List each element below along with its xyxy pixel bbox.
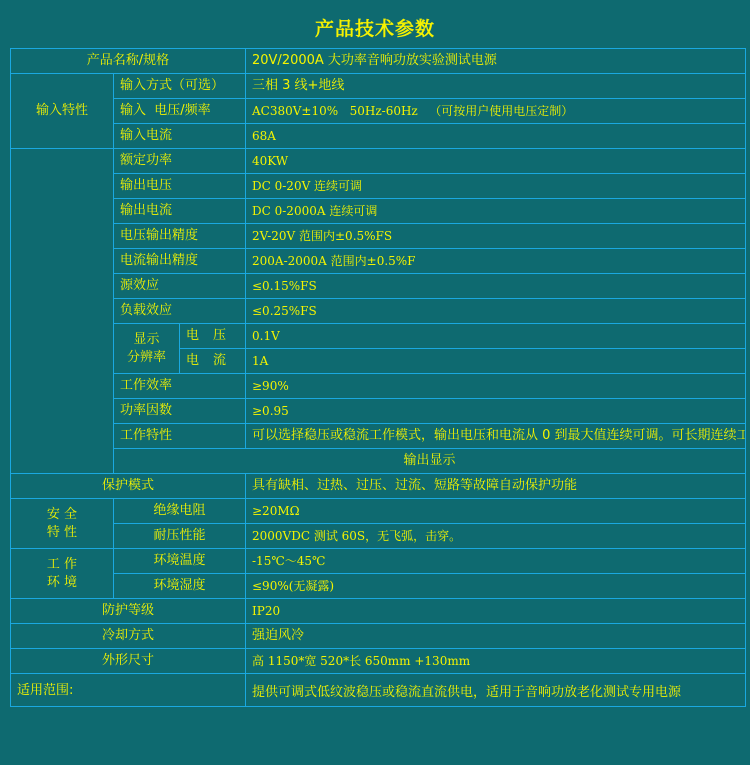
table-row: 保护模式 具有缺相、过热、过压、过流、短路等故障自动保护功能	[11, 474, 746, 499]
power-factor-value: ≥0.95	[246, 399, 746, 424]
rated-power-value: 40KW	[246, 149, 746, 174]
power-factor-label: 功率因数	[114, 399, 246, 424]
voltage-accuracy-value: 2V-20V 范围内±0.5%FS	[246, 224, 746, 249]
environment-group-line2: 环 境	[17, 574, 107, 592]
table-row: 产品名称/规格 20V/2000A 大功率音响功放实验测试电源	[11, 49, 746, 74]
output-voltage-label: 输出电压	[114, 174, 246, 199]
scope-label: 适用范围:	[11, 674, 246, 707]
table-row: 输出显示 输出电压、电流 LED 数字显示。	[11, 449, 746, 474]
input-current-value: 68A	[246, 124, 746, 149]
input-method-label: 输入方式（可选）	[114, 74, 246, 99]
environment-group-label: 工 作 环 境	[11, 549, 114, 599]
work-characteristic-label: 工作特性	[114, 424, 246, 449]
voltage-accuracy-label: 电压输出精度	[114, 224, 246, 249]
ip-rating-value: IP20	[246, 599, 746, 624]
cooling-label: 冷却方式	[11, 624, 246, 649]
table-row: 外形尺寸 高 1150*宽 520*长 650mm +130mm	[11, 649, 746, 674]
load-effect-label: 负载效应	[114, 299, 246, 324]
output-voltage-value: DC 0-20V 连续可调	[246, 174, 746, 199]
efficiency-label: 工作效率	[114, 374, 246, 399]
environment-group-line1: 工 作	[17, 556, 107, 574]
output-display-label: 输出显示	[114, 449, 746, 474]
input-group-label: 输入特性	[11, 74, 114, 149]
efficiency-value: ≥90%	[246, 374, 746, 399]
display-resolution-line1: 显示	[120, 331, 173, 349]
table-row: 耐压性能 2000VDC 测试 60S，无飞弧，击穿。	[11, 524, 746, 549]
table-row: 工作效率 ≥90%	[11, 374, 746, 399]
table-row: 冷却方式 强迫风冷	[11, 624, 746, 649]
work-characteristic-value: 可以选择稳压或稳流工作模式，输出电压和电流从 0 到最大值连续可调。可长期连续工…	[246, 424, 746, 449]
load-effect-value: ≤0.25%FS	[246, 299, 746, 324]
table-row: 输出电压 DC 0-20V 连续可调	[11, 174, 746, 199]
protection-mode-label: 保护模式	[11, 474, 246, 499]
output-group-cell	[11, 149, 114, 474]
spec-table: 产品名称/规格 20V/2000A 大功率音响功放实验测试电源 输入特性 输入方…	[10, 48, 746, 707]
safety-group-label: 安 全 特 性	[11, 499, 114, 549]
resolution-current-value: 1A	[246, 349, 746, 374]
source-effect-value: ≤0.15%FS	[246, 274, 746, 299]
current-accuracy-value: 200A-2000A 范围内±0.5%F	[246, 249, 746, 274]
dimensions-label: 外形尺寸	[11, 649, 246, 674]
rated-power-label: 额定功率	[114, 149, 246, 174]
humidity-label: 环境湿度	[114, 574, 246, 599]
insulation-label: 绝缘电阻	[114, 499, 246, 524]
table-row: 适用范围: 提供可调式低纹波稳压或稳流直流供电，适用于音响功放老化测试专用电源	[11, 674, 746, 707]
safety-group-line1: 安 全	[17, 506, 107, 524]
table-row: 安 全 特 性 绝缘电阻 ≥20MΩ	[11, 499, 746, 524]
scope-value: 提供可调式低纹波稳压或稳流直流供电，适用于音响功放老化测试专用电源	[246, 674, 746, 707]
table-row: 显示 分辨率 电压 0.1V	[11, 324, 746, 349]
withstand-label: 耐压性能	[114, 524, 246, 549]
table-row: 额定功率 40KW	[11, 149, 746, 174]
withstand-value: 2000VDC 测试 60S，无飞弧，击穿。	[246, 524, 746, 549]
output-current-label: 输出电流	[114, 199, 246, 224]
table-row: 功率因数 ≥0.95	[11, 399, 746, 424]
product-label: 产品名称/规格	[11, 49, 246, 74]
input-current-label: 输入电流	[114, 124, 246, 149]
protection-mode-value: 具有缺相、过热、过压、过流、短路等故障自动保护功能	[246, 474, 746, 499]
temperature-label: 环境温度	[114, 549, 246, 574]
resolution-current-label: 电流	[180, 349, 246, 374]
product-value: 20V/2000A 大功率音响功放实验测试电源	[246, 49, 746, 74]
table-row: 工作特性 可以选择稳压或稳流工作模式，输出电压和电流从 0 到最大值连续可调。可…	[11, 424, 746, 449]
table-row: 输出电流 DC 0-2000A 连续可调	[11, 199, 746, 224]
table-row: 电流输出精度 200A-2000A 范围内±0.5%F	[11, 249, 746, 274]
input-voltage-value: AC380V±10% 50Hz-60Hz （可按用户使用电压定制）	[246, 99, 746, 124]
table-row: 工 作 环 境 环境温度 -15℃～45℃	[11, 549, 746, 574]
source-effect-label: 源效应	[114, 274, 246, 299]
ip-rating-label: 防护等级	[11, 599, 246, 624]
table-row: 负载效应 ≤0.25%FS	[11, 299, 746, 324]
table-row: 防护等级 IP20	[11, 599, 746, 624]
safety-group-line2: 特 性	[17, 524, 107, 542]
table-row: 电压输出精度 2V-20V 范围内±0.5%FS	[11, 224, 746, 249]
temperature-value: -15℃～45℃	[246, 549, 746, 574]
table-row: 源效应 ≤0.15%FS	[11, 274, 746, 299]
humidity-value: ≤90%(无凝露)	[246, 574, 746, 599]
table-row: 输入 电压/频率 AC380V±10% 50Hz-60Hz （可按用户使用电压定…	[11, 99, 746, 124]
table-row: 输入特性 输入方式（可选） 三相 3 线+地线	[11, 74, 746, 99]
table-row: 环境湿度 ≤90%(无凝露)	[11, 574, 746, 599]
insulation-value: ≥20MΩ	[246, 499, 746, 524]
input-voltage-label: 输入 电压/频率	[114, 99, 246, 124]
input-method-value: 三相 3 线+地线	[246, 74, 746, 99]
display-resolution-line2: 分辨率	[120, 349, 173, 367]
cooling-value: 强迫风冷	[246, 624, 746, 649]
dimensions-value: 高 1150*宽 520*长 650mm +130mm	[246, 649, 746, 674]
current-accuracy-label: 电流输出精度	[114, 249, 246, 274]
resolution-voltage-label: 电压	[180, 324, 246, 349]
output-current-value: DC 0-2000A 连续可调	[246, 199, 746, 224]
table-row: 输入电流 68A	[11, 124, 746, 149]
display-resolution-label: 显示 分辨率	[114, 324, 180, 374]
page-title: 产品技术参数	[0, 14, 750, 41]
resolution-voltage-value: 0.1V	[246, 324, 746, 349]
